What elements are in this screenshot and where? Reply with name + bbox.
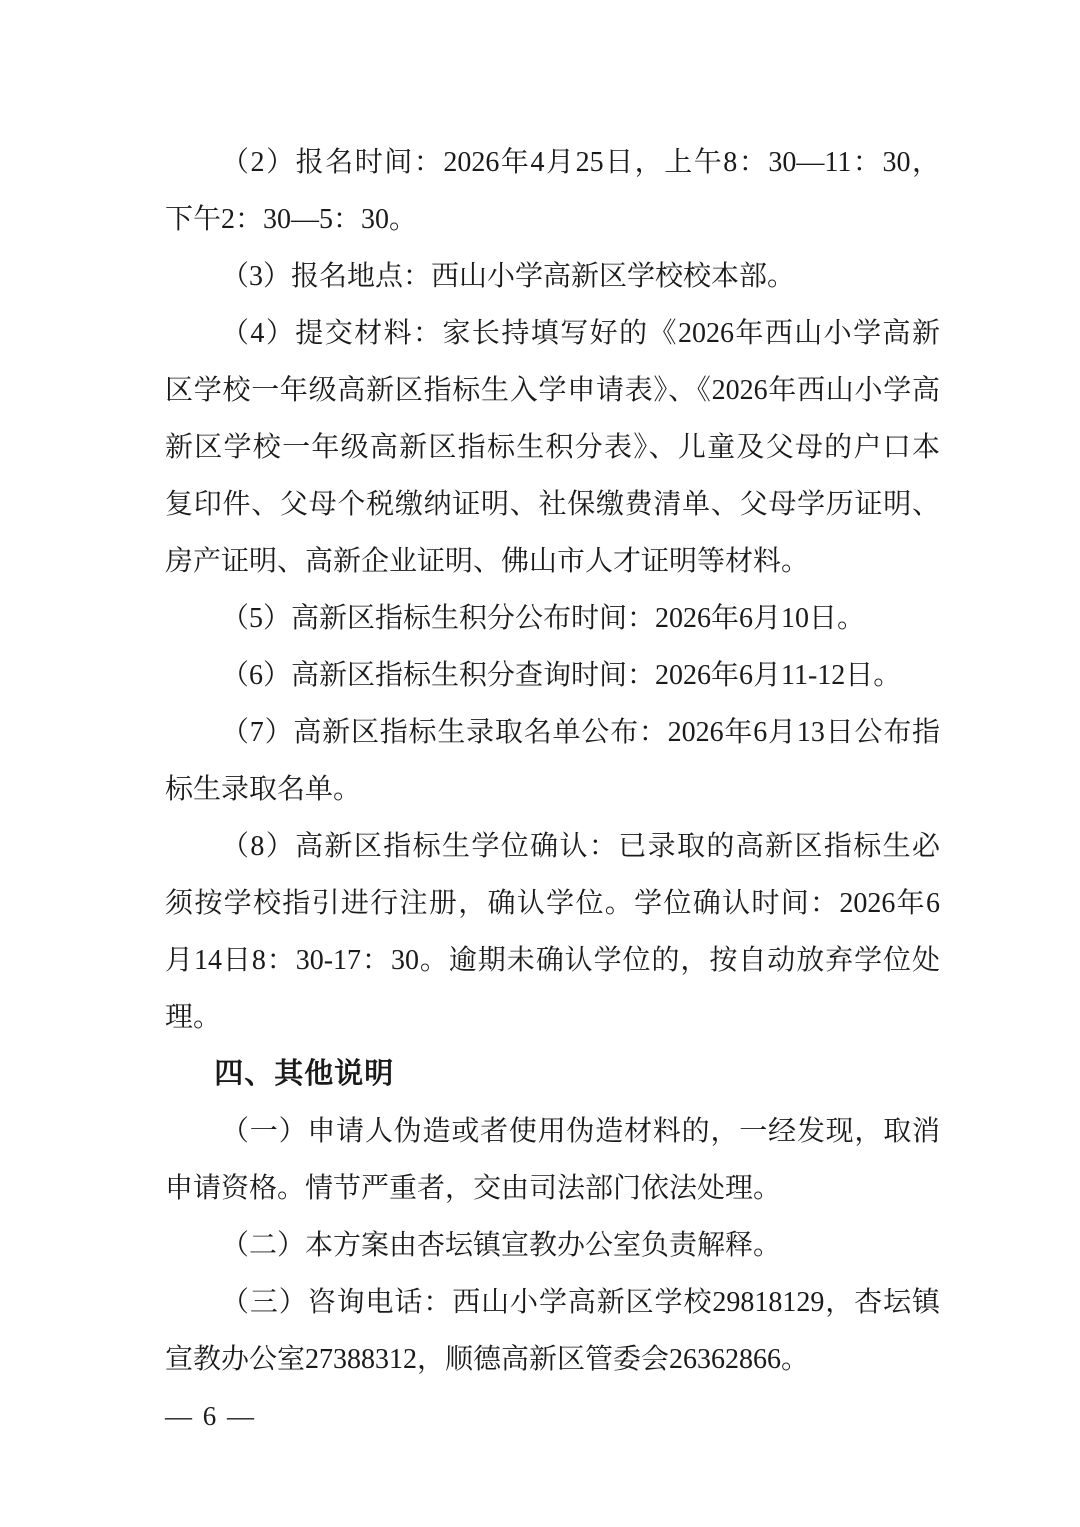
paragraph-admission-list: （7）高新区指标生录取名单公布：2026年6月13日公布指 标生录取名单。 [165,704,940,818]
paragraph-registration-place: （3）报名地点：西山小学高新区学校校本部。 [165,248,940,305]
paragraph-line: 区学校一年级高新区指标生入学申请表》、《2026年西山小学高 [165,362,940,419]
document-page: （2）报名时间：2026年4月25日，上午8：30—11：30， 下午2：30—… [0,0,1080,1527]
paragraph-line: （二）本方案由杏坛镇宣教办公室负责解释。 [165,1217,940,1274]
paragraph-line: （5）高新区指标生积分公布时间：2026年6月10日。 [165,590,940,647]
paragraph-line: （2）报名时间：2026年4月25日，上午8：30—11：30， [165,134,940,191]
section-other-notes: 四、其他说明 [165,1046,940,1103]
paragraph-line: （三）咨询电话：西山小学高新区学校29818129，杏坛镇 [165,1274,940,1331]
paragraph-line: 理。 [165,989,940,1046]
paragraph-line: 申请资格。情节严重者，交由司法部门依法处理。 [165,1160,940,1217]
paragraph-line: 新区学校一年级高新区指标生积分表》、儿童及父母的户口本 [165,419,940,476]
paragraph-line: （一）申请人伪造或者使用伪造材料的，一经发现，取消 [165,1103,940,1160]
paragraph-score-publish: （5）高新区指标生积分公布时间：2026年6月10日。 [165,590,940,647]
paragraph-line: 须按学校指引进行注册，确认学位。学位确认时间：2026年6 [165,875,940,932]
page-number: — 6 — [165,1388,940,1445]
paragraph-line: 下午2：30—5：30。 [165,191,940,248]
paragraph-line: 房产证明、高新企业证明、佛山市人才证明等材料。 [165,533,940,590]
paragraph-line: 月14日8：30-17：30。逾期未确认学位的，按自动放弃学位处 [165,932,940,989]
paragraph-registration-time: （2）报名时间：2026年4月25日，上午8：30—11：30， 下午2：30—… [165,134,940,248]
paragraph-line: 复印件、父母个税缴纳证明、社保缴费清单、父母学历证明、 [165,476,940,533]
paragraph-seat-confirmation: （8）高新区指标生学位确认：已录取的高新区指标生必 须按学校指引进行注册，确认学… [165,818,940,1046]
paragraph-line: （7）高新区指标生录取名单公布：2026年6月13日公布指 [165,704,940,761]
paragraph-line: （8）高新区指标生学位确认：已录取的高新区指标生必 [165,818,940,875]
paragraph-score-query: （6）高新区指标生积分查询时间：2026年6月11-12日。 [165,647,940,704]
paragraph-contact-phones: （三）咨询电话：西山小学高新区学校29818129，杏坛镇 宣教办公室27388… [165,1274,940,1388]
paragraph-line: （3）报名地点：西山小学高新区学校校本部。 [165,248,940,305]
paragraph-materials: （4）提交材料：家长持填写好的《2026年西山小学高新 区学校一年级高新区指标生… [165,305,940,590]
paragraph-line: 宣教办公室27388312，顺德高新区管委会26362866。 [165,1331,940,1388]
paragraph-line: （6）高新区指标生积分查询时间：2026年6月11-12日。 [165,647,940,704]
paragraph-line: 标生录取名单。 [165,761,940,818]
paragraph-line: （4）提交材料：家长持填写好的《2026年西山小学高新 [165,305,940,362]
section-heading-other-notes: 四、其他说明 [165,1046,940,1103]
paragraph-forgery-warning: （一）申请人伪造或者使用伪造材料的，一经发现，取消 申请资格。情节严重者，交由司… [165,1103,940,1217]
paragraph-interpretation: （二）本方案由杏坛镇宣教办公室负责解释。 [165,1217,940,1274]
